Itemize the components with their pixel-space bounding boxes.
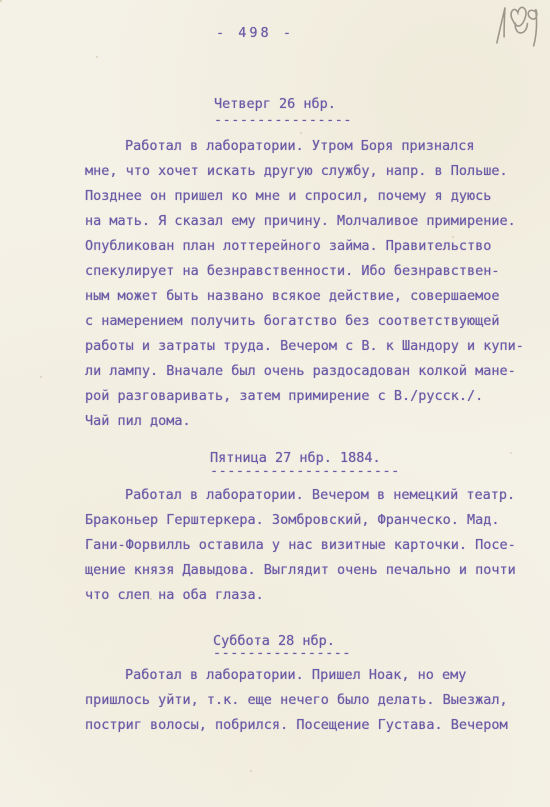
text-line: ли лампу. Вначале был очень раздосадован…	[85, 359, 545, 384]
text-line: Позднее он пришел ко мне и спросил, поче…	[85, 184, 545, 209]
text-line: Браконьер Герштеркера. Зомбровский, Фран…	[85, 508, 545, 533]
scanned-diary-page: 489 - 498 - Четверг 26 нбр. ------------…	[0, 0, 550, 807]
entry-1-body: Работал в лаборатории. Утром Боря призна…	[85, 134, 545, 434]
text-line: Опубликован план лоттерейного займа. Пра…	[85, 234, 545, 259]
entry-2-heading-underline: ----------------------	[210, 463, 400, 479]
entry-3-heading-underline: ----------------	[213, 645, 351, 661]
entry-1-heading-underline: ----------------	[214, 112, 352, 128]
text-line: Работал в лаборатории. Пришел Ноак, но е…	[85, 663, 545, 688]
text-line: постриг волосы, побрился. Посещение Густ…	[85, 713, 545, 738]
entry-1-heading: Четверг 26 нбр.	[214, 96, 336, 112]
handwritten-number-value: 489	[544, 2, 545, 3]
text-line: на мать. Я сказал ему причину. Молчаливо…	[85, 209, 545, 234]
page-number: - 498 -	[0, 25, 530, 41]
entry-2-body: Работал в лаборатории. Вечером в немецки…	[85, 483, 545, 608]
text-line: работы и затраты труда. Вечером с В. к Ш…	[85, 334, 545, 359]
text-line: Гани-Форвилль оставила у нас визитные ка…	[85, 533, 545, 558]
text-line: с намерением получить богатство без соот…	[85, 309, 545, 334]
text-line: ным может быть названо всякое действие, …	[85, 284, 545, 309]
text-line: Чай пил дома.	[85, 409, 545, 434]
text-line: щение князя Давыдова. Выглядит очень печ…	[85, 558, 545, 583]
text-line: Работал в лаборатории. Вечером в немецки…	[85, 483, 545, 508]
text-line: Работал в лаборатории. Утром Боря призна…	[85, 134, 545, 159]
text-line: спекулирует на безнравственности. Ибо бе…	[85, 259, 545, 284]
text-line: рой разговаривать, затем примирение с В.…	[85, 384, 545, 409]
text-line: пришлось уйти, т.к. еще нечего было дела…	[85, 688, 545, 713]
text-line: мне, что хочет искать другую службу, нап…	[85, 159, 545, 184]
entry-3-body: Работал в лаборатории. Пришел Ноак, но е…	[85, 663, 545, 738]
text-line: что слеп на оба глаза.	[85, 583, 545, 608]
